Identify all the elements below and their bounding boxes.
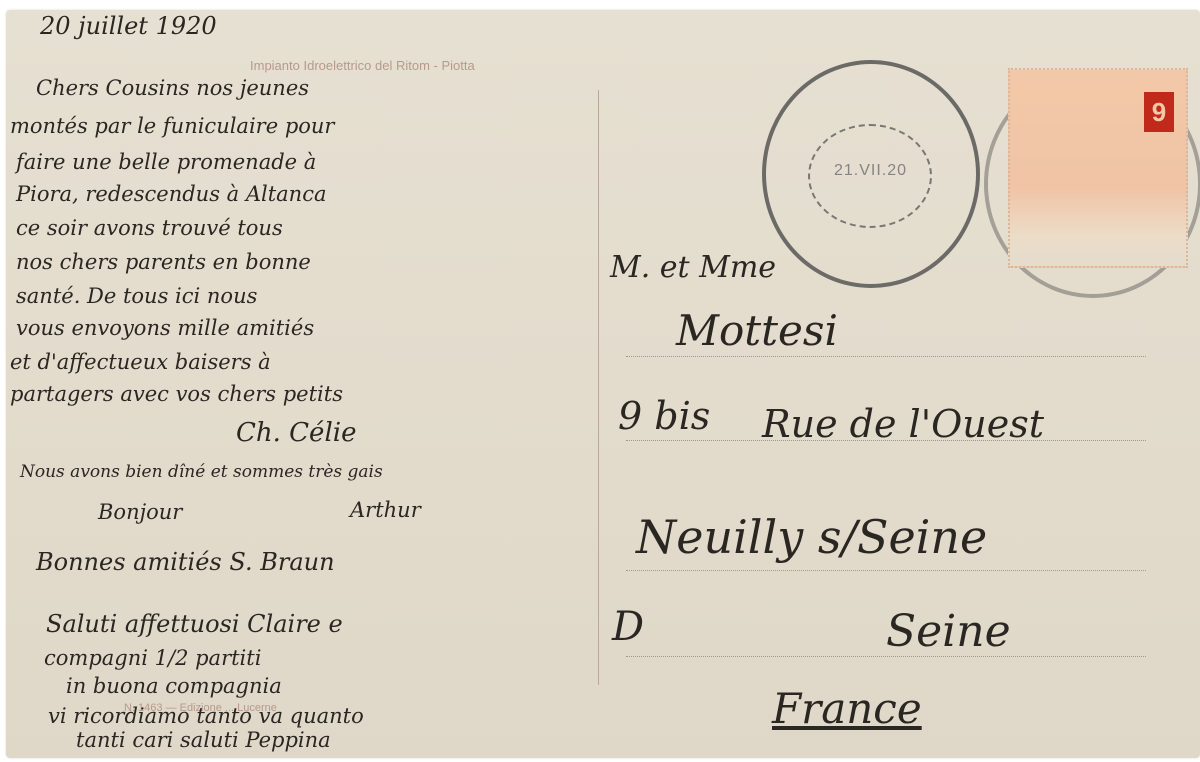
message-line: vous envoyons mille amitiés — [16, 316, 314, 340]
message-line: in buona compagnia — [66, 674, 282, 698]
message-line: tanti cari saluti Peppina — [76, 728, 331, 752]
message-line: vi ricordiamo tanto va quanto — [48, 704, 364, 728]
postmark: 21.VII.20 — [762, 60, 980, 288]
postage-stamp: 9 — [1008, 68, 1188, 268]
signature: Bonjour — [98, 500, 182, 524]
postmark-date: 21.VII.20 — [834, 162, 907, 180]
address-salutation: M. et Mme — [610, 250, 776, 285]
stamp-value: 9 — [1144, 92, 1174, 132]
address-line-rule — [626, 440, 1146, 441]
address-country: France — [772, 684, 922, 733]
message-line: montés par le funiculaire pour — [10, 114, 334, 138]
message-line: compagni 1/2 partiti — [44, 646, 261, 670]
message-line: et d'affectueux baisers à — [10, 350, 271, 374]
address-line-rule — [626, 656, 1146, 657]
margin-mark: D — [612, 604, 644, 650]
message-line: nos chers parents en bonne — [16, 250, 311, 274]
address-line-rule — [626, 356, 1146, 357]
address-street-number: 9 bis — [618, 394, 710, 438]
message-line: Bonnes amitiés S. Braun — [36, 548, 335, 576]
message-line: partagers avec vos chers petits — [10, 382, 343, 406]
postcard-back: Impianto Idroelettrico del Ritom - Piott… — [6, 10, 1200, 758]
address-line-rule — [626, 570, 1146, 571]
address-name: Mottesi — [676, 306, 838, 355]
message-line: Saluti affettuosi Claire e — [46, 610, 343, 638]
message-line: Chers Cousins nos jeunes — [36, 76, 309, 100]
message-line: Nous avons bien dîné et sommes très gais — [20, 462, 383, 482]
address-department: Seine — [886, 606, 1011, 657]
address-city: Neuilly s/Seine — [636, 510, 987, 564]
signature: Arthur — [350, 498, 421, 522]
message-line: santé. De tous ici nous — [16, 284, 257, 308]
message-date: 20 juillet 1920 — [40, 12, 217, 40]
vertical-divider — [598, 90, 599, 685]
printed-caption-top: Impianto Idroelettrico del Ritom - Piott… — [250, 58, 475, 73]
signature: Ch. Célie — [236, 418, 356, 448]
message-line: Piora, redescendus à Altanca — [16, 182, 327, 206]
message-line: faire une belle promenade à — [16, 150, 316, 174]
message-line: ce soir avons trouvé tous — [16, 216, 283, 240]
